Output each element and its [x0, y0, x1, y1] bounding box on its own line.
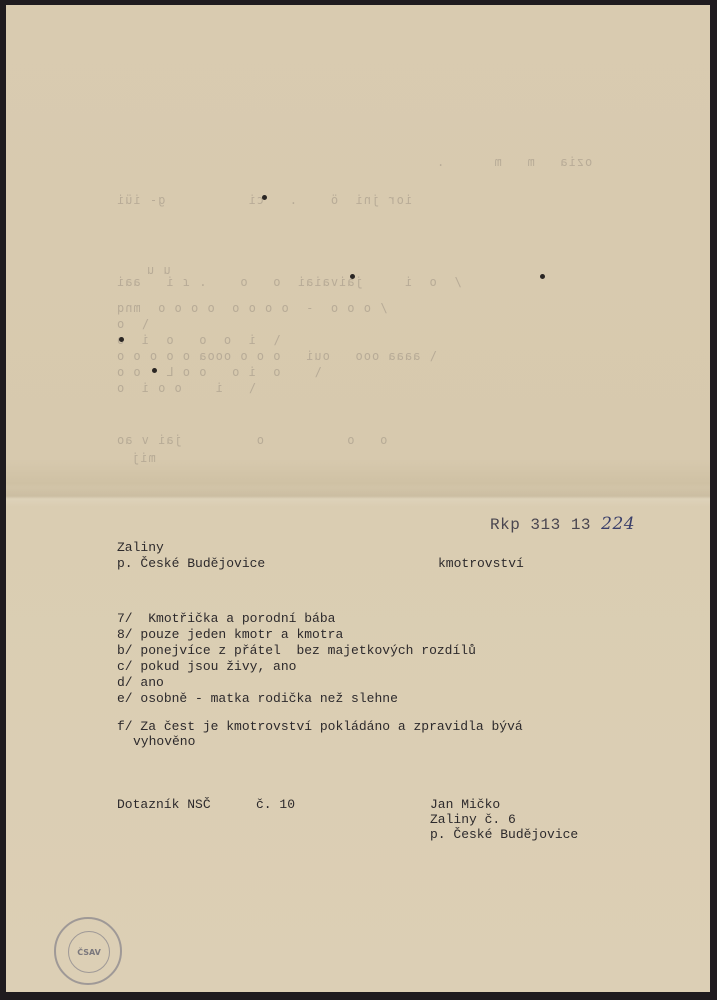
ink-spot — [350, 274, 355, 279]
answer-item: e/ osobně - matka rodička než slehne — [117, 691, 398, 706]
author-address: Zaliny č. 6 — [430, 812, 516, 827]
show-through-text: o o o jai v ao — [116, 433, 404, 447]
answer-item: f/ Za čest je kmotrovství pokládáno a zp… — [117, 719, 523, 734]
ink-spot — [262, 195, 267, 200]
archive-stamp: ČSAV — [54, 917, 122, 985]
stamp-center: ČSAV — [68, 931, 110, 973]
post-office: p. České Budějovice — [117, 556, 265, 571]
author-town: p. České Budějovice — [430, 827, 578, 842]
show-through-text: ozia m m . — [436, 155, 592, 169]
show-through-text: \ i o o o i o — [116, 333, 281, 347]
questionnaire-number: č. 10 — [256, 797, 295, 812]
show-through-text: mij — [131, 451, 156, 465]
answer-item: b/ ponejvíce z přátel bez majetkových ro… — [117, 643, 476, 658]
ink-spot — [119, 337, 124, 342]
ink-spot — [540, 274, 545, 279]
questionnaire-label: Dotazník NSČ — [117, 797, 211, 812]
answer-item: c/ pokud jsou živy, ano — [117, 659, 296, 674]
answer-item: 8/ pouze jeden kmotr a kmotra — [117, 627, 343, 642]
archive-reference: Rkp 313 13 224 — [490, 517, 635, 533]
answer-continuation: vyhověno — [133, 734, 195, 749]
author-name: Jan Mičko — [430, 797, 500, 812]
page-fold — [6, 487, 710, 507]
ink-spot — [152, 368, 157, 373]
show-through-text: / o i jaivaiai o o . ɾ i aai — [116, 275, 461, 289]
show-through-text: \ o — [116, 317, 149, 331]
handwritten-number: 224 — [601, 514, 635, 534]
answer-item: 7/ Kmotřička a porodní bába — [117, 611, 335, 626]
village-name: Zaliny — [117, 540, 164, 555]
answer-item: d/ ano — [117, 675, 164, 690]
topic-title: kmotrovství — [438, 556, 524, 571]
show-through-text: / o o o - o o o o o o o o mnq — [116, 301, 387, 315]
show-through-text: \ o i o o o L o o — [116, 365, 322, 379]
show-through-text: \ aaaa ooo oui o o o oooa o o o o o — [116, 349, 437, 363]
document-page: ozia m m . ior jni ö . ci g- iüi u u / o… — [6, 5, 710, 992]
show-through-text: \ i o o i o — [116, 381, 256, 395]
